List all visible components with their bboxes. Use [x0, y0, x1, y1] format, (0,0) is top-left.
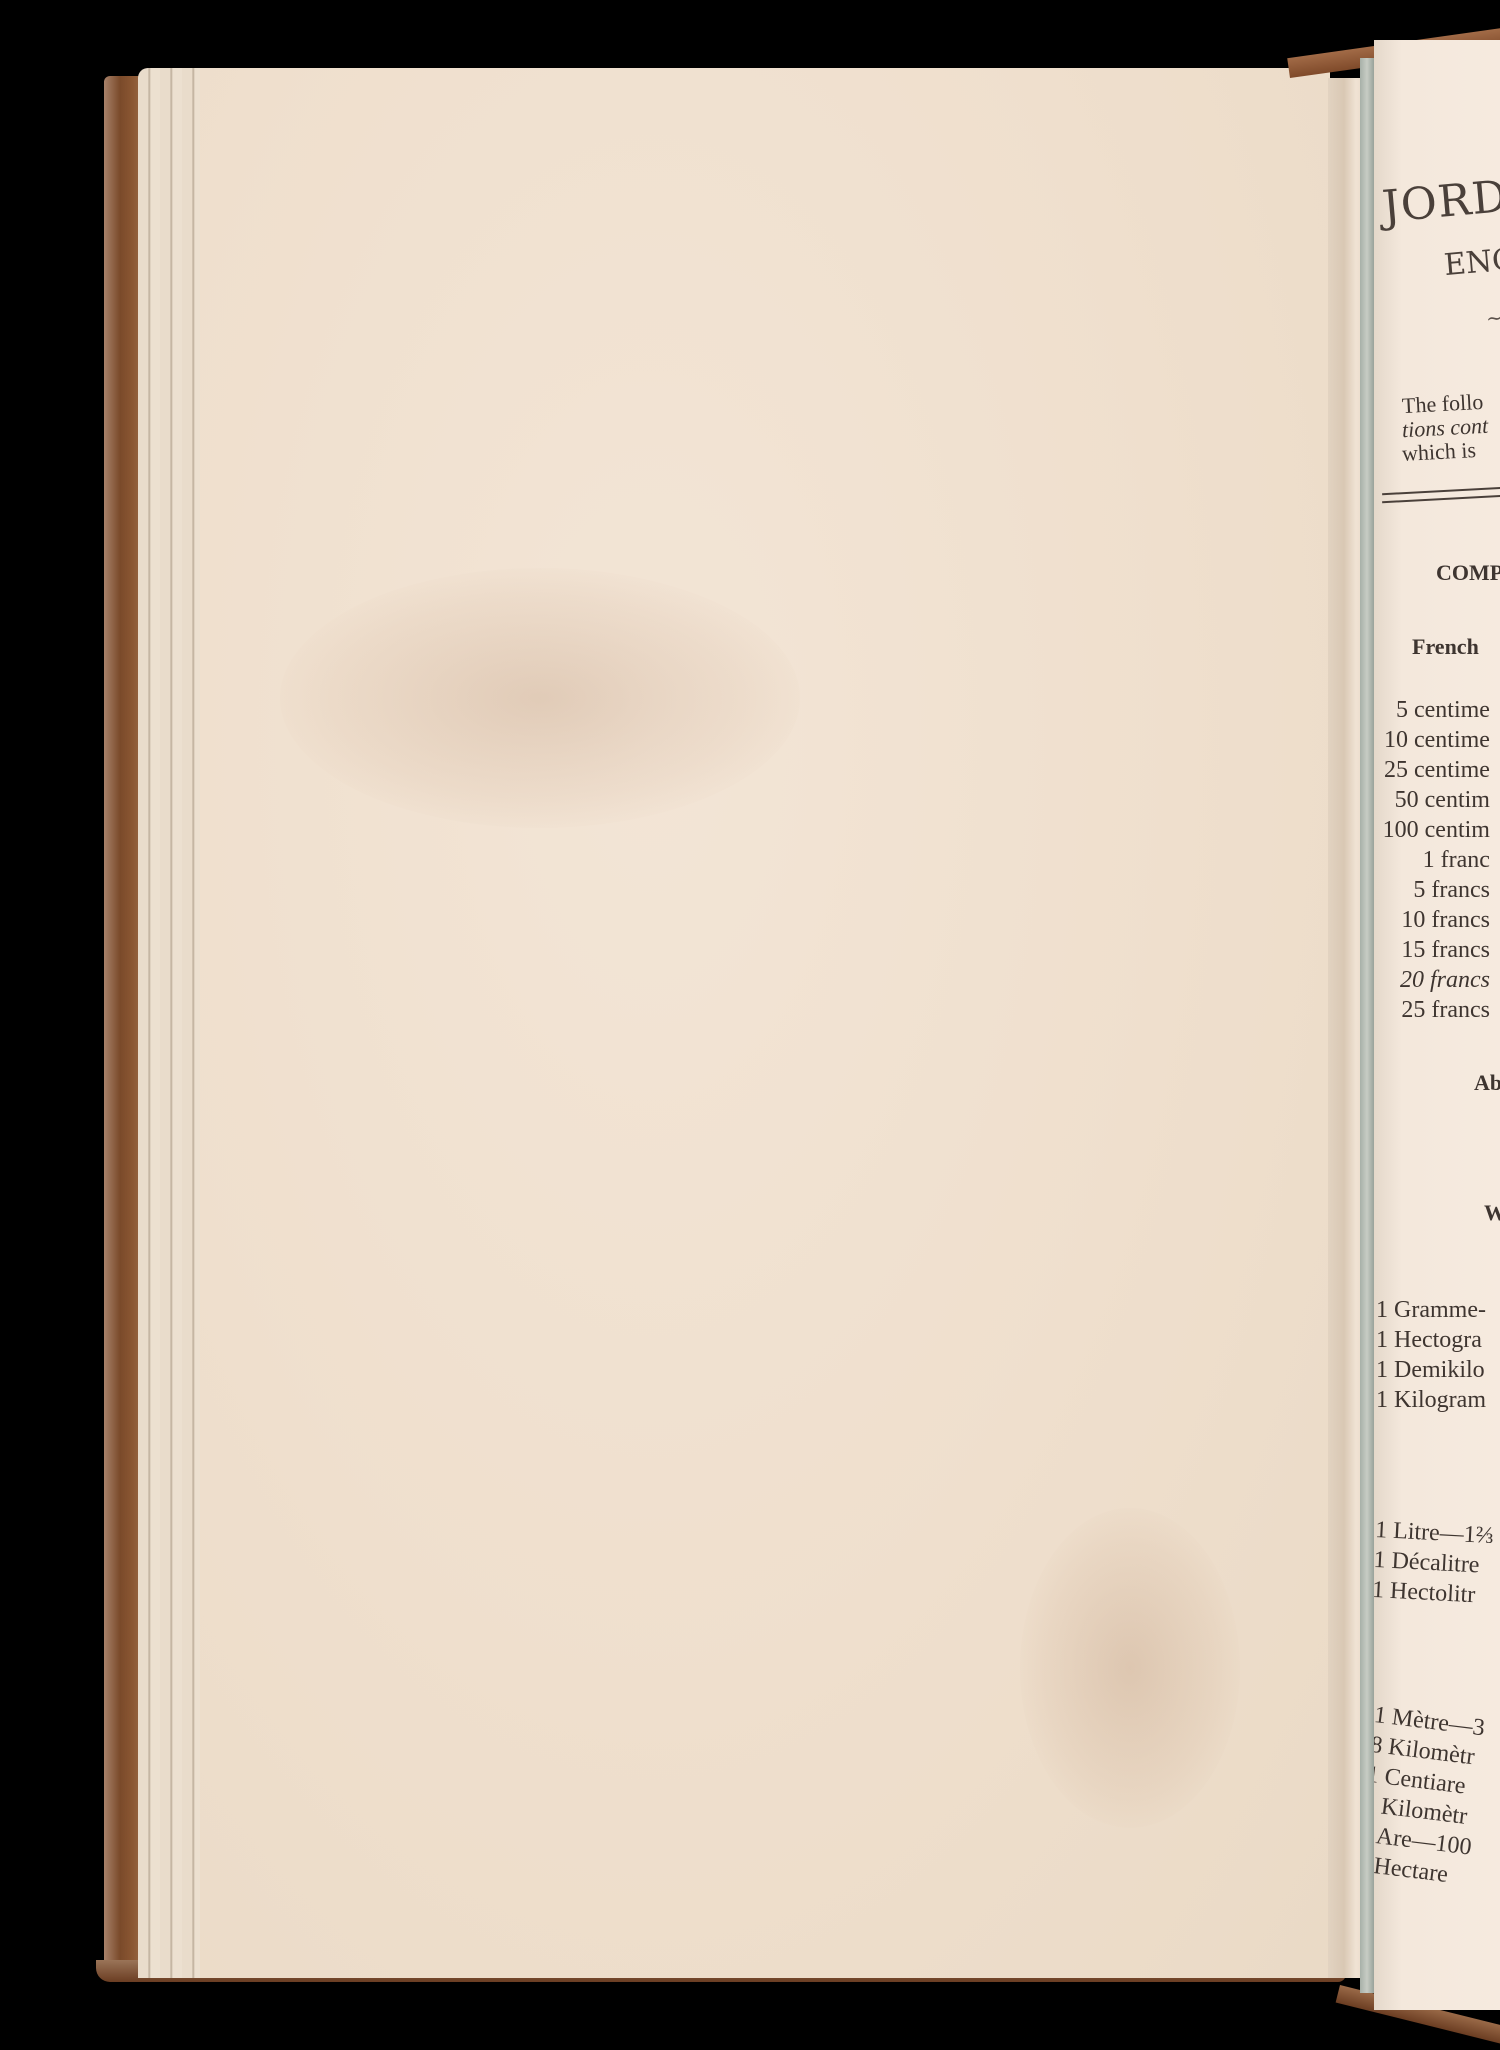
page-title: JORDA — [1380, 168, 1500, 233]
table-row: 20 francs — [1374, 965, 1490, 995]
table-row: 10 francs — [1374, 905, 1490, 935]
table-row: 5 francs — [1374, 875, 1490, 905]
volume-table: 1 Litre—1⅔ 1 Décalitre 1 Hectolitr — [1374, 1515, 1494, 1611]
section-heading: COMP — [1436, 560, 1500, 586]
table-row: 25 centime — [1374, 755, 1490, 785]
weights-heading: W — [1484, 1200, 1500, 1226]
currency-note: Ab — [1474, 1070, 1500, 1096]
table-row: 5 centime — [1374, 695, 1490, 725]
title-flourish: ~w — [1485, 304, 1500, 331]
table-row: 1 Demikilo — [1376, 1355, 1486, 1385]
right-page: JORDA ENG ~w The follo tions cont which … — [1374, 40, 1500, 2010]
table-row: 1 Hectolitr — [1374, 1575, 1491, 1611]
table-row: 100 centim — [1374, 815, 1490, 845]
table-row: 10 centime — [1374, 725, 1490, 755]
column-heading: French — [1412, 634, 1479, 660]
table-row: 25 francs — [1374, 995, 1490, 1025]
page-stack-edges — [138, 68, 204, 1978]
left-page-blank — [200, 68, 1330, 1978]
foxing-stain — [280, 568, 800, 828]
table-row: 1 Gramme- — [1376, 1295, 1486, 1325]
weights-table: 1 Gramme- 1 Hectogra 1 Demikilo 1 Kilogr… — [1376, 1295, 1486, 1415]
intro-line: which is — [1401, 438, 1476, 466]
table-row: 1 Kilogram — [1376, 1385, 1486, 1415]
currency-table: 5 centime 10 centime 25 centime 50 centi… — [1374, 695, 1490, 1025]
foxing-stain — [1020, 1508, 1240, 1828]
table-row: 1 franc — [1374, 845, 1490, 875]
table-row: 15 francs — [1374, 935, 1490, 965]
table-row: 1 Hectogra — [1376, 1325, 1486, 1355]
table-row: 50 centim — [1374, 785, 1490, 815]
page-subtitle: ENG — [1443, 242, 1500, 283]
double-rule — [1382, 483, 1500, 495]
length-area-table: 1 Mètre—3 8 Kilomètr 1 Centiare 1 Kilomè… — [1374, 1700, 1488, 1892]
bookmark-ribbon — [1360, 58, 1374, 1993]
